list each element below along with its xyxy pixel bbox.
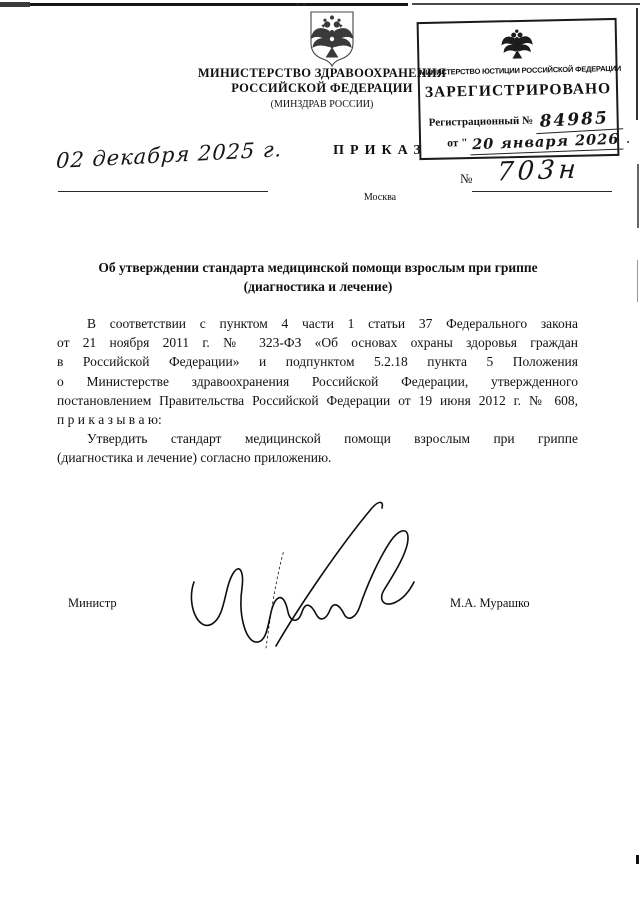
scan-artifact-bottom-right <box>636 855 639 864</box>
body-line: в Российской Федерации» и подпунктом 5.2… <box>57 352 578 371</box>
order-body: В соответствии с пунктом 4 части 1 стать… <box>57 314 578 468</box>
body-line: Утвердить стандарт медицинской помощи вз… <box>57 429 578 448</box>
scan-artifact-right-edge <box>636 8 638 120</box>
body-line: п р и к а з ы в а ю: <box>57 410 578 429</box>
stamp-reg-label: Регистрационный № <box>429 115 534 129</box>
stamp-date-handwritten: 20 января 2026 <box>470 130 624 155</box>
order-title-line: Об утверждении стандарта медицинской пом… <box>62 258 574 277</box>
scan-artifact-top-line-right <box>412 3 640 5</box>
order-number-label: № <box>460 171 472 187</box>
scan-artifact-corner <box>0 2 30 7</box>
stamp-date-suffix: . <box>627 134 630 146</box>
body-line: от 21 ноября 2011 г. № 323-ФЗ «Об основа… <box>57 333 578 352</box>
scan-artifact-dot <box>303 3 306 6</box>
stamp-date-label: от " <box>447 137 468 149</box>
body-line: В соответствии с пунктом 4 части 1 стать… <box>57 314 578 333</box>
scan-artifact-dot <box>296 3 299 6</box>
ministry-short-name: (МИНЗДРАВ РОССИИ) <box>92 98 552 111</box>
signer-name: М.А. Мурашко <box>450 596 530 611</box>
stamp-date-row: от " 20 января 2026 . <box>447 132 637 155</box>
scanned-order-page: МИНИСТЕРСТВО ЗДРАВООХРАНЕНИЯ РОССИЙСКОЙ … <box>0 0 640 905</box>
double-headed-eagle-small-icon <box>499 27 536 60</box>
order-date-handwritten: 02 декабря 2025 г. <box>56 137 287 173</box>
signer-position: Министр <box>68 596 117 611</box>
scan-artifact-right-edge <box>637 260 638 302</box>
order-title-line: (диагностика и лечение) <box>62 277 574 296</box>
order-title: Об утверждении стандарта медицинской пом… <box>62 258 574 296</box>
ministry-name-line2: РОССИЙСКОЙ ФЕДЕРАЦИИ <box>92 81 552 96</box>
body-line: (диагностика и лечение) согласно приложе… <box>57 448 578 467</box>
order-date-underline <box>58 191 268 192</box>
order-number-underline <box>472 191 612 192</box>
ministry-name-line1: МИНИСТЕРСТВО ЗДРАВООХРАНЕНИЯ <box>92 66 552 81</box>
body-line: постановлением Правительства Российской … <box>57 391 578 410</box>
double-headed-eagle-icon <box>304 8 360 68</box>
scan-artifact-right-edge <box>637 164 639 228</box>
letterhead: МИНИСТЕРСТВО ЗДРАВООХРАНЕНИЯ РОССИЙСКОЙ … <box>92 66 552 111</box>
scan-artifact-top-line <box>0 3 408 6</box>
handwritten-signature-icon <box>180 498 420 658</box>
body-line: о Министерстве здравоохранения Российско… <box>57 372 578 391</box>
order-number-handwritten: 703н <box>496 155 581 188</box>
order-city: Москва <box>330 192 430 203</box>
